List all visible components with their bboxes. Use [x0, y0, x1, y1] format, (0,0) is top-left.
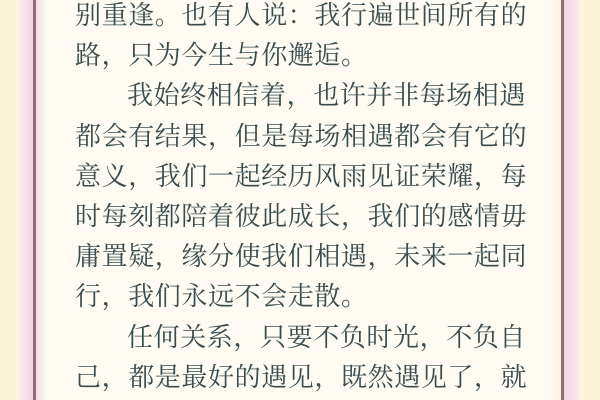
article-text: 别重逢。也有人说：我行遍世间所有的 路，只为今生与你邂逅。 我始终相信着，也许并… — [75, 0, 535, 398]
text-line: 别重逢。也有人说：我行遍世间所有的 — [75, 0, 535, 36]
right-pink-band — [564, 0, 579, 400]
left-outer-cream-band — [0, 0, 19, 400]
left-pink-band — [19, 0, 33, 400]
left-pink-fade — [36, 0, 47, 400]
text-line: 意义，我们一起经历风雨见证荣耀，每 — [75, 157, 535, 197]
text-line: 都会有结果，但是每场相遇都会有它的 — [75, 117, 535, 157]
text-line: 路，只为今生与你邂逅。 — [75, 36, 535, 76]
text-line: 我始终相信着，也许并非每场相遇 — [75, 76, 535, 116]
right-outer-cream-band — [579, 0, 600, 400]
text-line: 时每刻都陪着彼此成长，我们的感情毋 — [75, 197, 535, 237]
text-line: 行，我们永远不会走散。 — [75, 277, 535, 317]
right-cream-fade — [550, 0, 561, 400]
text-line: 庸置疑，缘分使我们相遇，未来一起同 — [75, 237, 535, 277]
text-line: 任何关系，只要不负时光，不负自 — [75, 318, 535, 358]
text-line: 己，都是最好的遇见，既然遇见了，就 — [75, 358, 535, 398]
